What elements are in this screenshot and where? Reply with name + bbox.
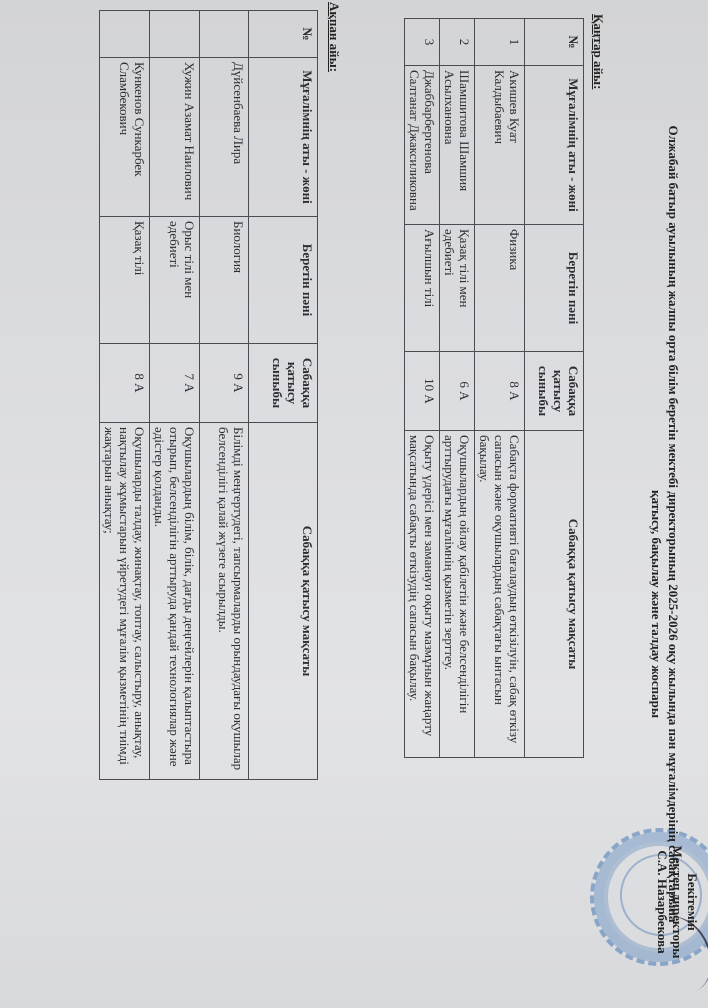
header-num: № <box>249 11 318 58</box>
header-goal: Сабаққа қатысу мақсаты <box>525 431 584 758</box>
header-class: Сабаққа қатысу сыныбы <box>525 352 584 431</box>
cell-class: 10 А <box>405 352 440 431</box>
table-row: Дүйсенбаева Лира Биология 9 А Білімді ме… <box>200 11 249 780</box>
cell-class: 6 А <box>440 352 475 431</box>
title-line2: қатысу, бақылау және талдау жоспары <box>648 0 665 1008</box>
header-subject: Беретін пәні <box>525 225 584 352</box>
cell-goal: Оқушыларды талдау, жинақтау, топтау, сал… <box>100 423 150 780</box>
header-name: Мұғалімнің аты - жөні <box>525 66 584 225</box>
header-subject: Беретін пәні <box>249 217 318 344</box>
cell-name: Шамшитова Шамшия Асылхановна <box>440 66 475 225</box>
section-label-january: Қаңтар айы: <box>590 14 606 89</box>
cell-num <box>150 11 200 58</box>
table-row: 2 Шамшитова Шамшия Асылхановна Қазақ тіл… <box>440 19 475 758</box>
cell-class: 8 А <box>100 344 150 423</box>
table-row: Кункенов Сункарбек Сламбекович Қазақ тіл… <box>100 11 150 780</box>
cell-goal: Білімді меңгертудегі, тапсырмаларды орын… <box>200 423 249 780</box>
cell-subject: Биология <box>200 217 249 344</box>
cell-num: 1 <box>475 19 525 66</box>
header-class: Сабаққа қатысу сыныбы <box>249 344 318 423</box>
header-num: № <box>525 19 584 66</box>
cell-name: Джаббарбергенова Салтанат Джаксиликовна <box>405 66 440 225</box>
cell-num <box>100 11 150 58</box>
cell-num: 3 <box>405 19 440 66</box>
cell-subject: Орыс тілі мен әдебиеті <box>150 217 200 344</box>
table-row: Хужин Азамат Наилович Орыс тілі мен әдеб… <box>150 11 200 780</box>
cell-subject: Қазақ тілі мен әдебиеті <box>440 225 475 352</box>
table-row: 1 Акишев Куат Калдыбаевич Физика 8 А Саб… <box>475 19 525 758</box>
table-header-row: № Мұғалімнің аты - жөні Беретін пәні Саб… <box>525 19 584 758</box>
approval-line1: Бекітемін <box>685 812 700 992</box>
cell-class: 9 А <box>200 344 249 423</box>
cell-goal: Оқушылардың білім, білік, дағды деңгейле… <box>150 423 200 780</box>
cell-name: Акишев Куат Калдыбаевич <box>475 66 525 225</box>
document-page: Бекітемін Мектеп директоры С.А. Назарбек… <box>0 0 708 1008</box>
cell-class: 7 А <box>150 344 200 423</box>
cell-name: Кункенов Сункарбек Сламбекович <box>100 58 150 217</box>
title-line1: Олжабай батыр ауылының жалпы орта білім … <box>665 0 682 1008</box>
cell-name: Хужин Азамат Наилович <box>150 58 200 217</box>
table-header-row: № Мұғалімнің аты - жөні Беретін пәні Саб… <box>249 11 318 780</box>
cell-subject: Қазақ тілі <box>100 217 150 344</box>
cell-class: 8 А <box>475 352 525 431</box>
header-name: Мұғалімнің аты - жөні <box>249 58 318 217</box>
section-label-february: Ақпан айы: <box>326 2 342 72</box>
table-row: 3 Джаббарбергенова Салтанат Джаксиликовн… <box>405 19 440 758</box>
cell-goal: Оқыту үдерісі мен заманауи оқыту мазмұны… <box>405 431 440 758</box>
document-title: Олжабай батыр ауылының жалпы орта білім … <box>648 0 682 1008</box>
cell-subject: Ағылшын тілі <box>405 225 440 352</box>
cell-num: 2 <box>440 19 475 66</box>
cell-num <box>200 11 249 58</box>
january-table: № Мұғалімнің аты - жөні Беретін пәні Саб… <box>404 18 584 758</box>
cell-goal: Сабақта формативті бағалаудың өткізілуін… <box>475 431 525 758</box>
header-goal: Сабаққа қатысу мақсаты <box>249 423 318 780</box>
cell-subject: Физика <box>475 225 525 352</box>
cell-goal: Оқушылардың ойлау қабілетін және белсенд… <box>440 431 475 758</box>
cell-name: Дүйсенбаева Лира <box>200 58 249 217</box>
february-table: № Мұғалімнің аты - жөні Беретін пәні Саб… <box>99 10 318 780</box>
